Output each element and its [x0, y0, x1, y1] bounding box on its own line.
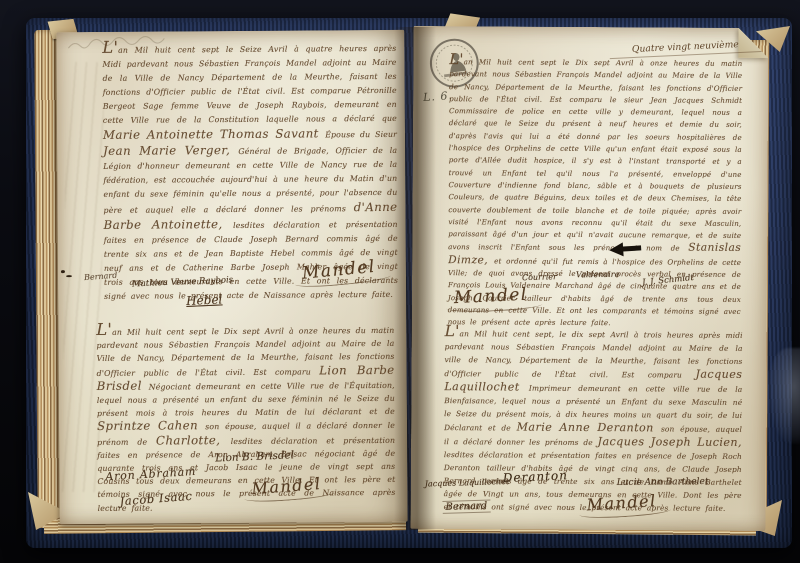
right-page: Quatre vingt neuvième L. 6. L'an Mil hui…	[410, 26, 768, 531]
act-text: L'an Mil huit cent sept le Seize Avril à…	[102, 44, 397, 125]
emphasized-name: Charlotte,	[156, 433, 231, 448]
signature-officer: Mandel	[586, 491, 657, 514]
emphasized-name: Marie Anne Deranton	[517, 421, 661, 435]
cover-worn-patch	[768, 348, 800, 444]
signature: Valdenaire	[576, 270, 619, 279]
emphasized-name: Sprintze Cahen	[97, 419, 205, 434]
act-text: L'an Mil huit cent sept le Dix sept Avri…	[448, 57, 742, 253]
signature: Deranton	[502, 468, 568, 485]
ink-arrow-icon	[608, 241, 642, 257]
emphasized-name: Jean Marie Verger,	[103, 143, 238, 158]
signature: Lucie Ann Barthelet	[617, 477, 709, 488]
signature: Bernard	[442, 500, 490, 514]
act-text: Épouse du Sieur	[325, 130, 397, 140]
left-page: L'an Mil huit cent sept le Seize Avril à…	[56, 30, 407, 524]
ink-speck	[66, 275, 72, 277]
ink-speck	[61, 270, 65, 273]
photo-background: L'an Mil huit cent sept le Seize Avril à…	[0, 0, 800, 563]
birth-act-brisdel: L'an Mil huit cent sept le Dix sept Avri…	[96, 322, 395, 515]
emphasized-name: Marie Antoinette Thomas Savant	[103, 126, 325, 142]
signature-officer: Mandel	[251, 474, 322, 498]
signature-officer: Mandel	[453, 285, 528, 308]
signature: Courrier	[522, 272, 557, 282]
emphasized-name: Jacques Joseph Lucien,	[598, 435, 742, 449]
signature: Hebel	[186, 292, 223, 308]
